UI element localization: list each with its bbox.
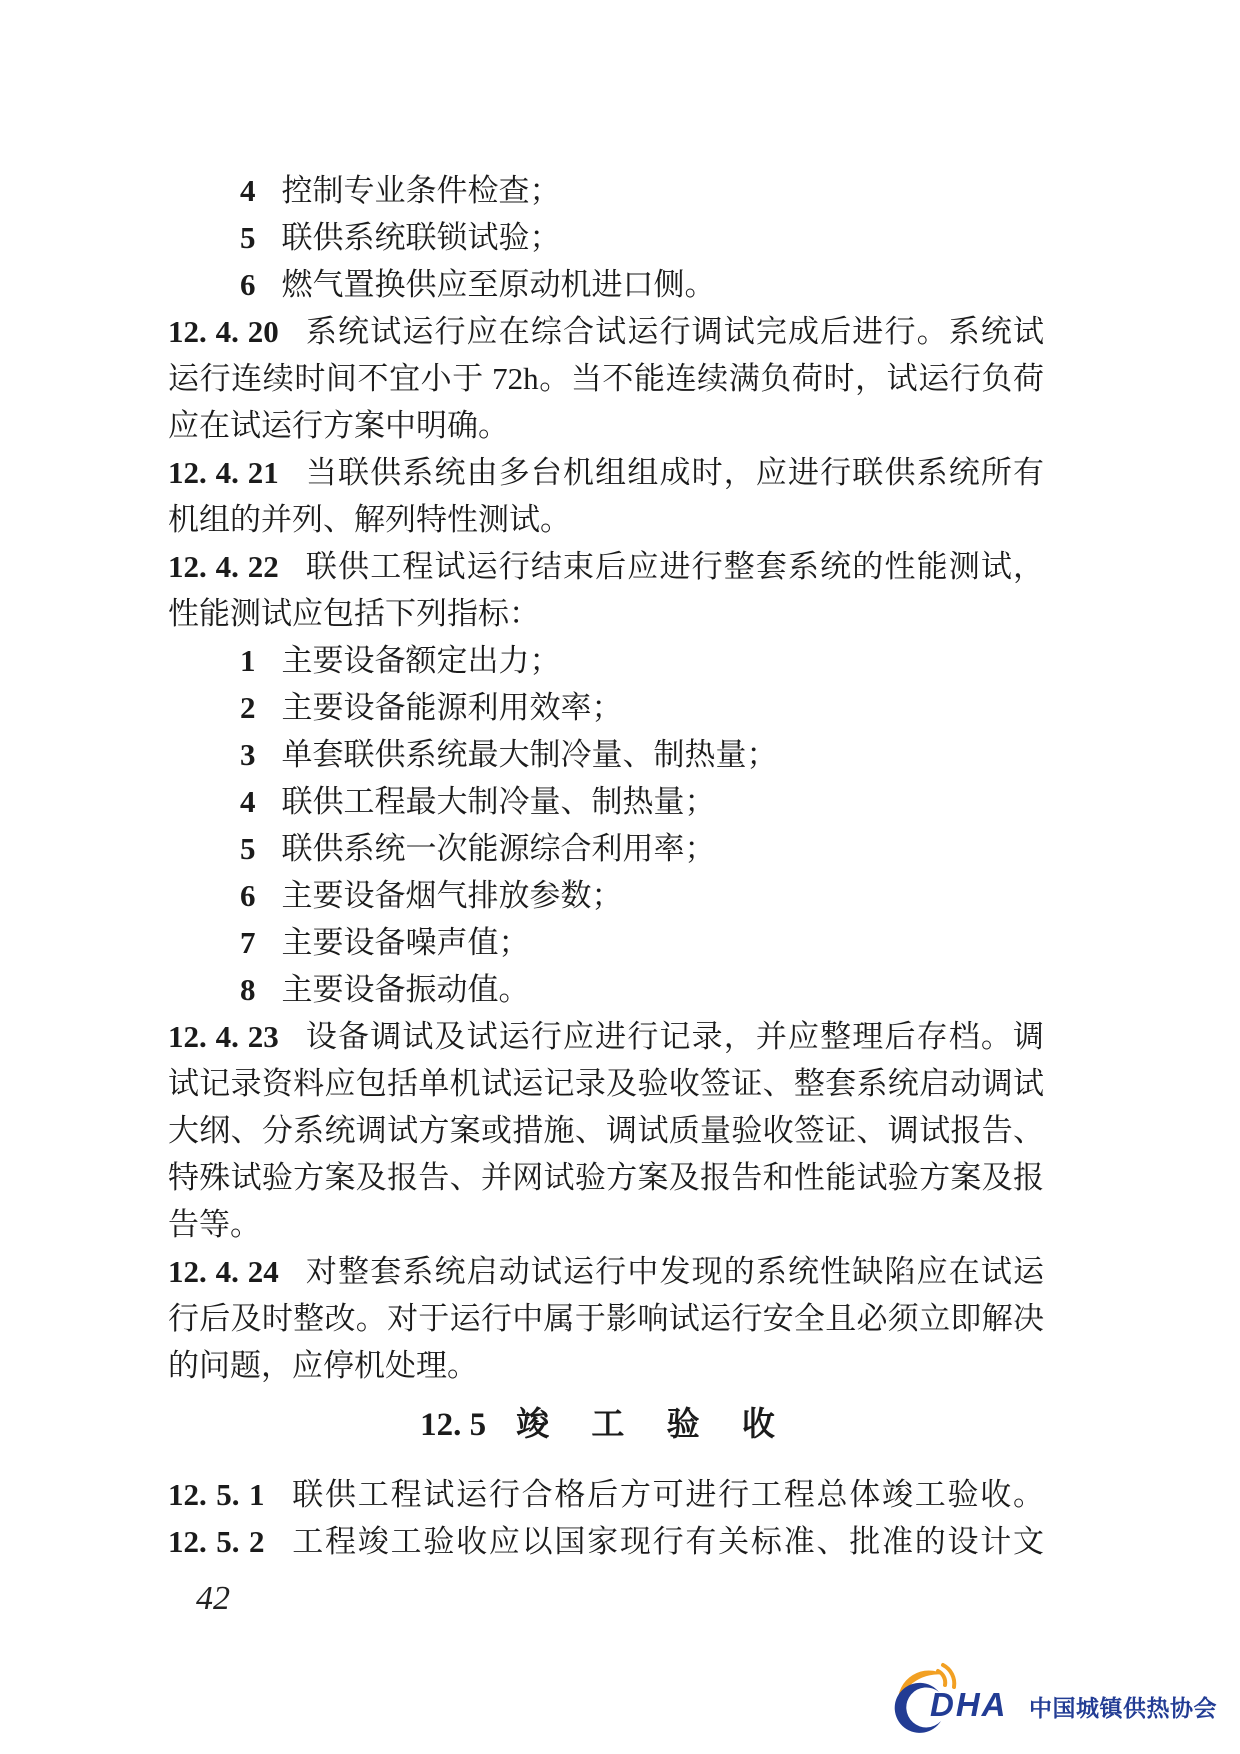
clause-line: 12. 4. 23设备调试及试运行应进行记录，并应整理后存档。调: [168, 1013, 1044, 1060]
list-item: 6燃气置换供应至原动机进口侧。: [168, 261, 1044, 308]
list-item-number: 4: [240, 173, 256, 208]
clause-line: 运行连续时间不宜小于 72h。当不能连续满负荷时，试运行负荷: [168, 355, 1044, 402]
association-logo: DHA 中国城镇供热协会: [893, 1656, 1238, 1748]
list-item: 8主要设备振动值。: [168, 966, 1044, 1013]
clause-number: 12. 4. 23: [168, 1019, 279, 1054]
list-item-number: 2: [240, 690, 256, 725]
clause-line: 12. 4. 24对整套系统启动试运行中发现的系统性缺陷应在试运: [168, 1248, 1044, 1295]
section-heading-number: 12. 5: [420, 1407, 486, 1443]
list-item-number: 6: [240, 267, 256, 302]
clause-text: 系统试运行应在综合试运行调试完成后进行。系统试: [305, 314, 1044, 349]
clause-text: 试记录资料应包括单机试运记录及验收签证、整套系统启动调试: [168, 1066, 1044, 1101]
clause-number: 12. 4. 22: [168, 549, 279, 584]
list-item-text: 单套联供系统最大制冷量、制热量；: [282, 737, 778, 772]
list-item: 5联供系统联锁试验；: [168, 214, 1044, 261]
clause-number: 12. 4. 24: [168, 1254, 279, 1289]
list-item-text: 燃气置换供应至原动机进口侧。: [282, 267, 716, 302]
clause-line: 性能测试应包括下列指标：: [168, 590, 1044, 637]
clause-text: 对整套系统启动试运行中发现的系统性缺陷应在试运: [305, 1254, 1044, 1289]
list-item-text: 主要设备能源利用效率；: [282, 690, 623, 725]
clause-text: 运行连续时间不宜小于 72h。当不能连续满负荷时，试运行负荷: [168, 361, 1044, 396]
clause-text: 性能测试应包括下列指标：: [168, 596, 540, 631]
clause-line: 特殊试验方案及报告、并网试验方案及报告和性能试验方案及报: [168, 1154, 1044, 1201]
list-item-text: 联供系统联锁试验；: [282, 220, 561, 255]
list-item-number: 4: [240, 784, 256, 819]
clause-line: 应在试运行方案中明确。: [168, 402, 1044, 449]
clause-text: 大纲、分系统调试方案或措施、调试质量验收签证、调试报告、: [168, 1113, 1044, 1148]
logo-org-name: 中国城镇供热协会: [1029, 1696, 1217, 1721]
clause-number: 12. 5. 1: [168, 1477, 265, 1512]
section-heading-title: 竣 工 验 收: [516, 1407, 792, 1443]
clause-text: 特殊试验方案及报告、并网试验方案及报告和性能试验方案及报: [168, 1160, 1044, 1195]
list-item-text: 主要设备烟气排放参数；: [282, 878, 623, 913]
list-item-number: 1: [240, 643, 256, 678]
clause-text: 应在试运行方案中明确。: [168, 408, 509, 443]
list-item: 3单套联供系统最大制冷量、制热量；: [168, 731, 1044, 778]
list-item-text: 控制专业条件检查；: [282, 173, 561, 208]
clause-text: 行后及时整改。对于运行中属于影响试运行安全且必须立即解决: [168, 1301, 1044, 1336]
list-item: 7主要设备噪声值；: [168, 919, 1044, 966]
clause-line: 12. 4. 21当联供系统由多台机组组成时，应进行联供系统所有: [168, 449, 1044, 496]
clause-line: 12. 5. 1联供工程试运行合格后方可进行工程总体竣工验收。: [168, 1471, 1044, 1518]
clause-number: 12. 5. 2: [168, 1524, 265, 1559]
logo-radiating-arcs: [938, 1665, 954, 1687]
clause-text: 设备调试及试运行应进行记录，并应整理后存档。调: [305, 1019, 1044, 1054]
list-item-number: 5: [240, 831, 256, 866]
clause-text: 告等。: [168, 1207, 261, 1242]
list-item-number: 6: [240, 878, 256, 913]
clause-line: 12. 4. 20系统试运行应在综合试运行调试完成后进行。系统试: [168, 308, 1044, 355]
clause-line: 行后及时整改。对于运行中属于影响试运行安全且必须立即解决: [168, 1295, 1044, 1342]
list-item: 2主要设备能源利用效率；: [168, 684, 1044, 731]
clause-text: 联供工程试运行结束后应进行整套系统的性能测试，: [305, 549, 1044, 584]
list-item: 5联供系统一次能源综合利用率；: [168, 825, 1044, 872]
section-heading: 12. 5竣 工 验 收: [168, 1397, 1044, 1453]
clause-text: 当联供系统由多台机组组成时，应进行联供系统所有: [305, 455, 1044, 490]
list-item-text: 联供系统一次能源综合利用率；: [282, 831, 716, 866]
clause-line: 告等。: [168, 1201, 1044, 1248]
logo-acronym-text: DHA: [930, 1688, 1008, 1722]
list-item-text: 主要设备额定出力；: [282, 643, 561, 678]
clause-number: 12. 4. 21: [168, 455, 279, 490]
clause-line: 机组的并列、解列特性测试。: [168, 496, 1044, 543]
list-item-text: 联供工程最大制冷量、制热量；: [282, 784, 716, 819]
list-item-number: 8: [240, 972, 256, 1007]
clause-line: 12. 4. 22联供工程试运行结束后应进行整套系统的性能测试，: [168, 543, 1044, 590]
list-item-number: 5: [240, 220, 256, 255]
list-item-text: 主要设备振动值。: [282, 972, 530, 1007]
clause-text: 的问题，应停机处理。: [168, 1348, 478, 1383]
page-number: 42: [196, 1580, 230, 1618]
list-item: 1主要设备额定出力；: [168, 637, 1044, 684]
list-item-text: 主要设备噪声值；: [282, 925, 530, 960]
list-item: 4联供工程最大制冷量、制热量；: [168, 778, 1044, 825]
clause-line: 12. 5. 2工程竣工验收应以国家现行有关标准、批准的设计文: [168, 1518, 1044, 1565]
clause-line: 大纲、分系统调试方案或措施、调试质量验收签证、调试报告、: [168, 1107, 1044, 1154]
list-item: 4控制专业条件检查；: [168, 167, 1044, 214]
clause-text: 机组的并列、解列特性测试。: [168, 502, 571, 537]
clause-number: 12. 4. 20: [168, 314, 279, 349]
clause-line: 的问题，应停机处理。: [168, 1342, 1044, 1389]
list-item-number: 7: [240, 925, 256, 960]
clause-line: 试记录资料应包括单机试运记录及验收签证、整套系统启动调试: [168, 1060, 1044, 1107]
list-item-number: 3: [240, 737, 256, 772]
document-body: 4控制专业条件检查；5联供系统联锁试验；6燃气置换供应至原动机进口侧。12. 4…: [168, 167, 1044, 1565]
clause-text: 工程竣工验收应以国家现行有关标准、批准的设计文: [291, 1524, 1044, 1559]
clause-text: 联供工程试运行合格后方可进行工程总体竣工验收。: [291, 1477, 1044, 1512]
list-item: 6主要设备烟气排放参数；: [168, 872, 1044, 919]
